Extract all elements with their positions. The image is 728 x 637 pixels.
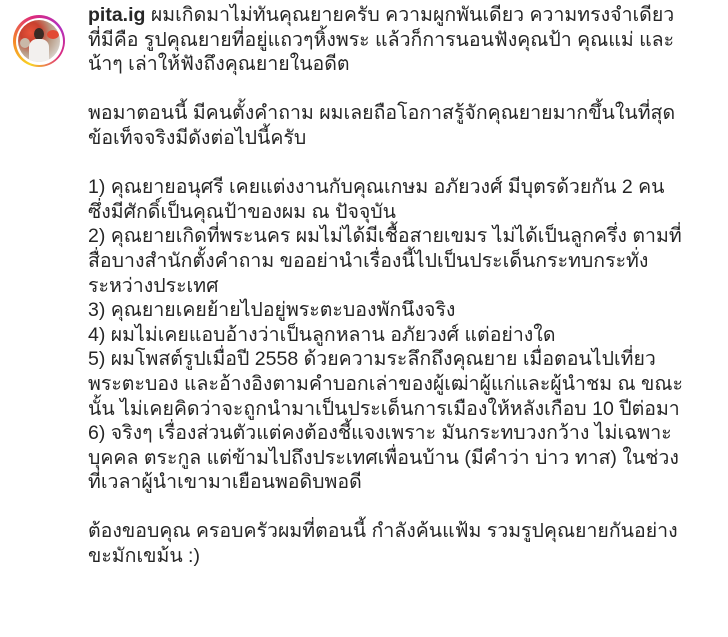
caption-line: น้าๆ เล่าให้ฟังถึงคุณยายในอดีต bbox=[88, 52, 718, 77]
caption-line: สื่อบางสำนักตั้งคำถาม ขออย่านำเรื่องนี้ไ… bbox=[88, 249, 718, 274]
avatar-story-ring[interactable] bbox=[13, 15, 65, 67]
username-link[interactable]: pita.ig bbox=[88, 4, 145, 26]
caption-line: 6) จริงๆ เรื่องส่วนตัวแต่คงต้องชี้แจงเพร… bbox=[88, 421, 718, 446]
caption-text: pita.ig ผมเกิดมาไม่ทันคุณยายครับ ความผูก… bbox=[88, 3, 718, 593]
avatar-border bbox=[16, 18, 63, 65]
caption-line: พระตะบอง และอ้างอิงตามคำบอกเล่าของผู้เฒ่… bbox=[88, 372, 718, 397]
caption-line: ข้อเท็จจริงมีดังต่อไปนี้ครับ bbox=[88, 126, 718, 151]
caption-paragraph-2: พอมาตอนนี้ มีคนตั้งคำถาม ผมเลยถือโอกาสรู… bbox=[88, 101, 718, 150]
caption-paragraph-1: pita.ig ผมเกิดมาไม่ทันคุณยายครับ ความผูก… bbox=[88, 3, 718, 77]
caption-line: 1) คุณยายอนุศรี เคยแต่งงานกับคุณเกษม อภั… bbox=[88, 175, 718, 200]
caption-paragraph-closing: ต้องขอบคุณ ครอบครัวผมที่ตอนนี้ กำลังค้นแ… bbox=[88, 519, 718, 568]
caption-line: 2) คุณยายเกิดที่พระนคร ผมไม่ได้มีเชื้อสา… bbox=[88, 224, 718, 249]
caption-line: 5) ผมโพสต์รูปเมื่อปี 2558 ด้วยความระลึกถ… bbox=[88, 347, 718, 372]
caption-line: ขะมักเขม้น :) bbox=[88, 544, 718, 569]
caption-line: ระหว่างประเทศ bbox=[88, 274, 718, 299]
caption-line: ต้องขอบคุณ ครอบครัวผมที่ตอนนี้ กำลังค้นแ… bbox=[88, 519, 718, 544]
caption-line: ซึ่งมีศักดิ์เป็นคุณป้าของผม ณ ปัจจุบัน bbox=[88, 200, 718, 225]
caption-line: 4) ผมไม่เคยแอบอ้างว่าเป็นลูกหลาน อภัยวงศ… bbox=[88, 323, 718, 348]
caption-line: นั้น ไม่เคยคิดว่าจะถูกนำมาเป็นประเด็นการ… bbox=[88, 397, 718, 422]
caption-line: 3) คุณยายเคยย้ายไปอยู่พระตะบองพักนึงจริง bbox=[88, 298, 718, 323]
instagram-post-caption: pita.ig ผมเกิดมาไม่ทันคุณยายครับ ความผูก… bbox=[0, 0, 728, 637]
caption-line: ที่เวลาผู้นำเขามาเยือนพอดิบพอดี bbox=[88, 470, 718, 495]
caption-line: pita.ig ผมเกิดมาไม่ทันคุณยายครับ ความผูก… bbox=[88, 3, 718, 28]
caption-paragraph-facts-list: 1) คุณยายอนุศรี เคยแต่งงานกับคุณเกษม อภั… bbox=[88, 175, 718, 495]
avatar-profile-photo-icon bbox=[18, 20, 60, 62]
caption-line: พอมาตอนนี้ มีคนตั้งคำถาม ผมเลยถือโอกาสรู… bbox=[88, 101, 718, 126]
caption-line: บุคคล ตระกูล แต่ข้ามไปถึงประเทศเพื่อนบ้า… bbox=[88, 446, 718, 471]
caption-line: ที่มีคือ รูปคุณยายที่อยู่แถวๆหิ้งพระ แล้… bbox=[88, 28, 718, 53]
